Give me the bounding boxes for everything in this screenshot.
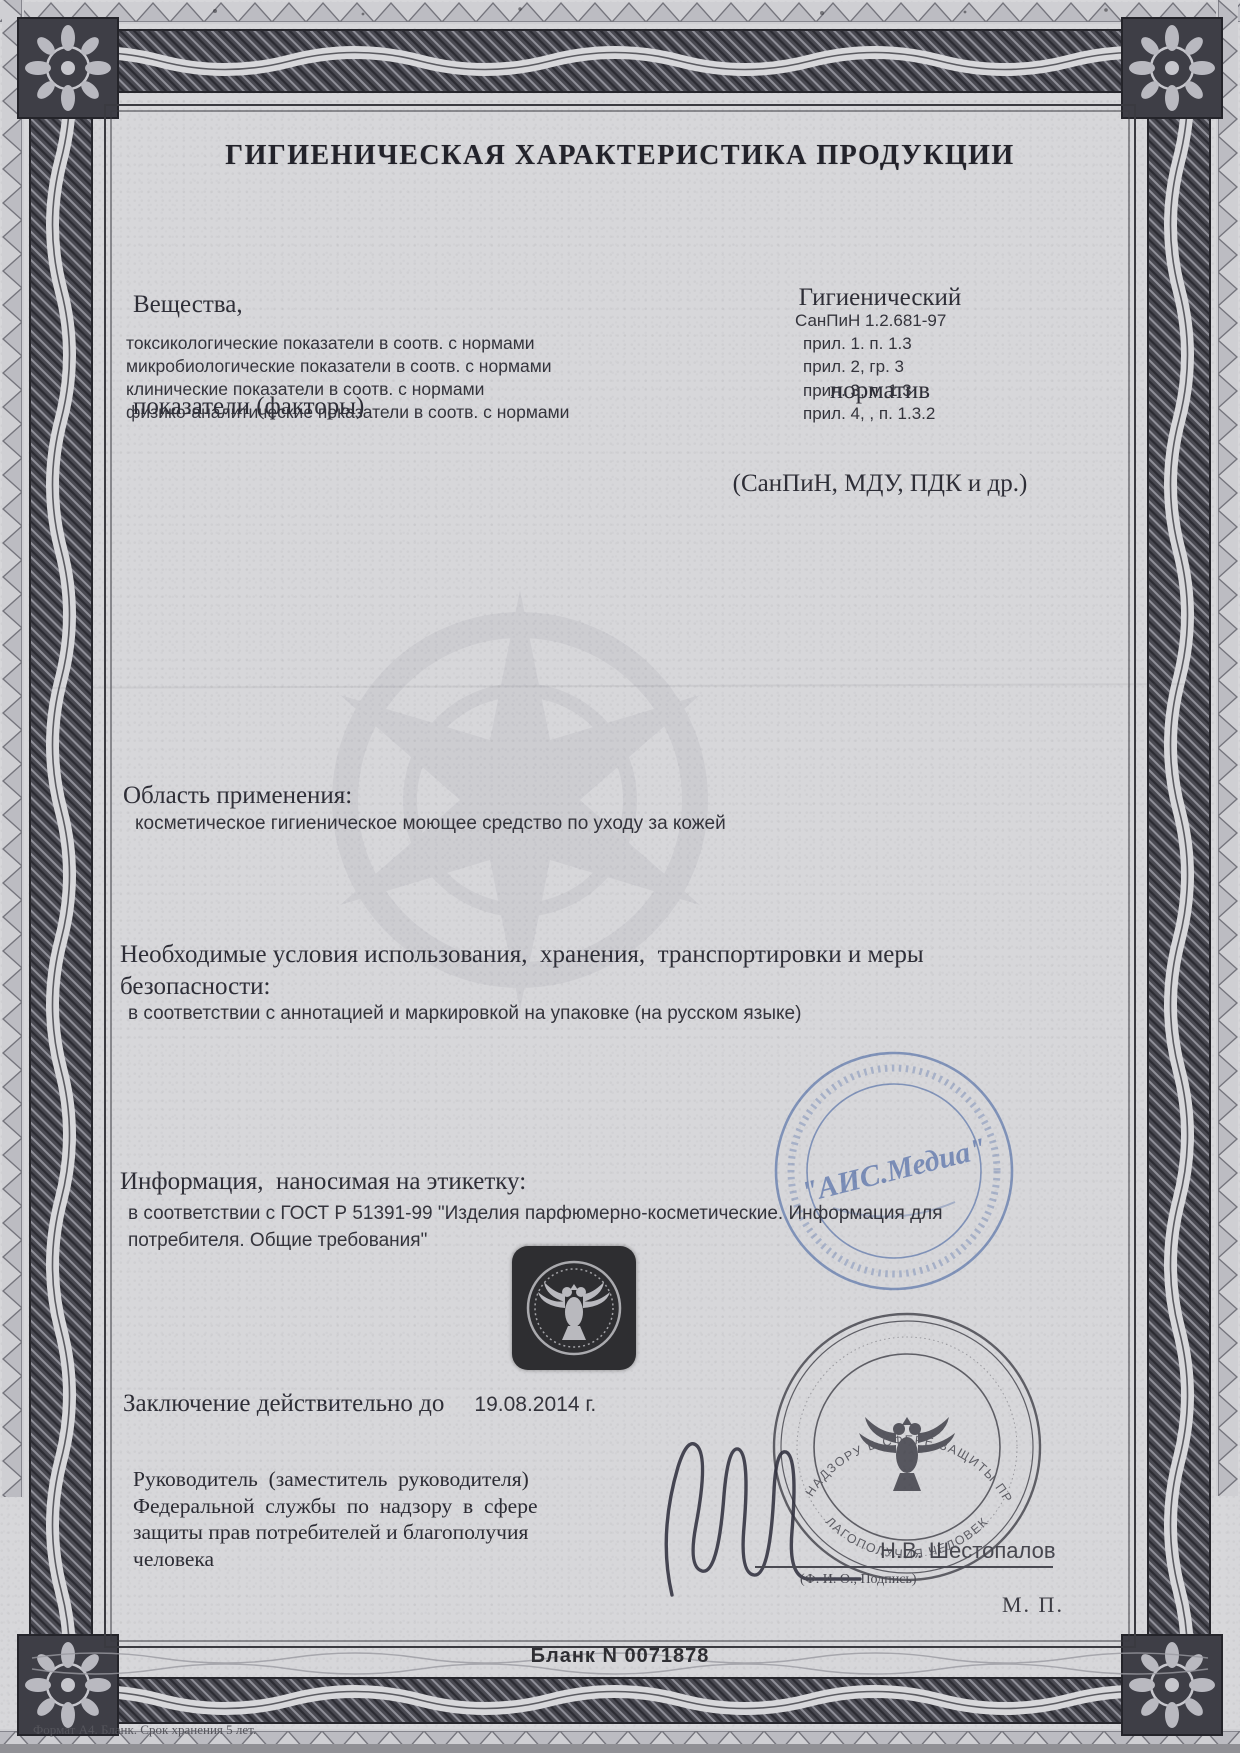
- left-header-line1: Вещества,: [133, 288, 364, 322]
- square-black-stamp: [512, 1246, 636, 1370]
- signatory-name: Н.В. Шестопалов: [880, 1538, 1056, 1564]
- signature-caption: (Ф. И. О., Подпись): [800, 1572, 917, 1588]
- indicator-cell: клинические показатели в соотв. с нормам…: [126, 379, 484, 400]
- position-line: Федеральной службы по надзору в сфере: [133, 1493, 623, 1520]
- conditions-heading-line2: безопасности:: [120, 973, 270, 1001]
- blank-number: Бланк N 0071878: [0, 1645, 1240, 1668]
- eagle-emblem-icon: [512, 1246, 636, 1370]
- signatory-position: Руководитель (заместитель руководителя) …: [133, 1466, 623, 1572]
- document-title: ГИГИЕНИЧЕСКАЯ ХАРАКТЕРИСТИКА ПРОДУКЦИИ: [0, 140, 1240, 172]
- validity-date: 19.08.2014 г.: [474, 1393, 596, 1416]
- norm-cell: прил. 1. п. 1.3: [803, 334, 912, 354]
- format-note: Формат А4. Бланк. Срок хранения 5 лет.: [33, 1722, 256, 1738]
- conditions-heading-line1: Необходимые условия использования, хране…: [120, 941, 924, 969]
- label-info-heading: Информация, наносимая на этикетку:: [120, 1168, 526, 1196]
- norm-cell: прил. 4, , п. 1.3.2: [803, 404, 935, 424]
- seal-place-mark: М. П.: [1002, 1592, 1064, 1618]
- norm-cell: прил. 3, п. 1.3: [803, 381, 912, 401]
- validity-label: Заключение действительно до: [123, 1390, 444, 1417]
- position-line: защиты прав потребителей и благополучия: [133, 1519, 623, 1546]
- signature-underline: [755, 1566, 1053, 1568]
- right-header-line3: (СанПиН, МДУ, ПДК и др.): [690, 468, 1070, 499]
- standard-reference: СанПиН 1.2.681-97: [795, 311, 946, 331]
- indicator-cell: физико-аналитические показатели в соотв.…: [126, 402, 569, 423]
- application-text: косметическое гигиеническое моющее средс…: [135, 813, 726, 835]
- label-info-text-line1: в соответствии с ГОСТ Р 51391-99 "Издели…: [128, 1203, 943, 1225]
- indicator-cell: микробиологические показатели в соотв. с…: [126, 356, 552, 377]
- norm-cell: прил. 2, гр. 3: [803, 357, 904, 377]
- validity-line: Заключение действительно до 19.08.2014 г…: [123, 1390, 596, 1418]
- application-heading: Область применения:: [123, 782, 352, 810]
- conditions-text: в соответствии с аннотацией и маркировко…: [128, 1003, 801, 1025]
- indicator-cell: токсикологические показатели в соотв. с …: [126, 333, 535, 354]
- right-header-line1: Гигиенический: [690, 282, 1070, 313]
- scanner-edge-strip: [0, 1744, 1240, 1753]
- position-line: человека: [133, 1546, 623, 1573]
- label-info-text-line2: потребителя. Общие требования": [128, 1230, 427, 1252]
- position-line: Руководитель (заместитель руководителя): [133, 1466, 623, 1493]
